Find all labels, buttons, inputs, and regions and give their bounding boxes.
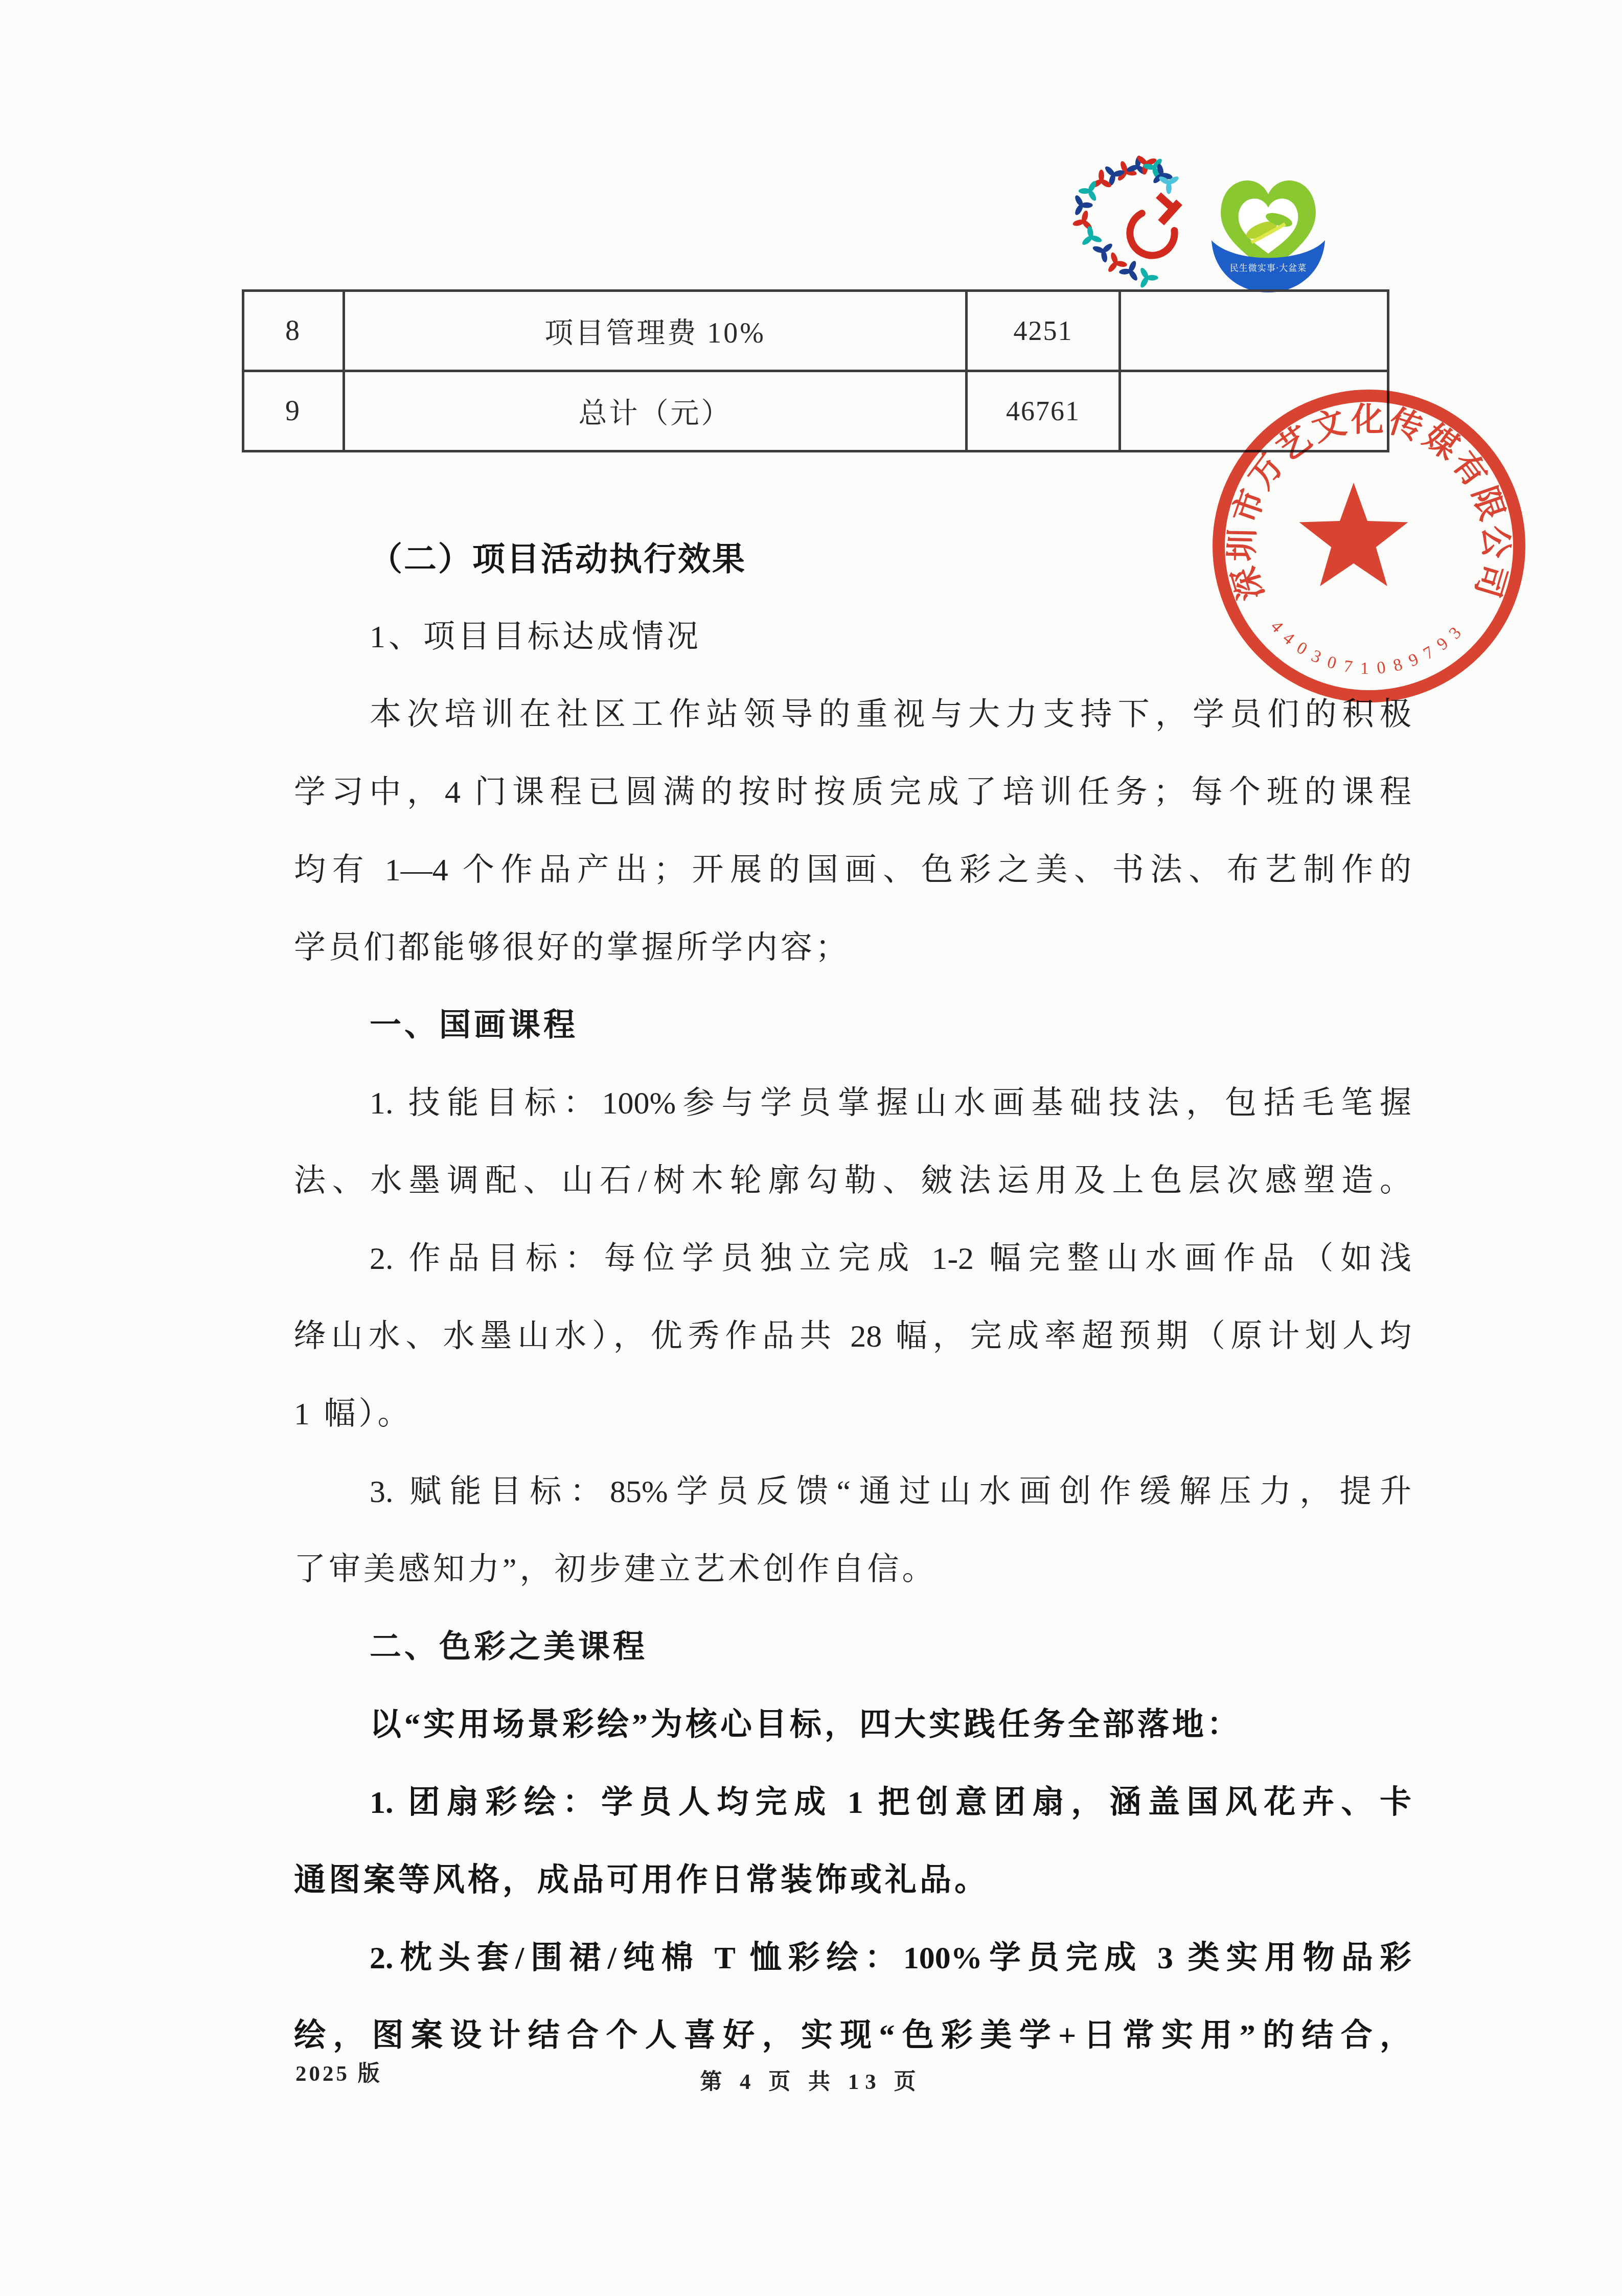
- item-name-cell: 项目管理费 10%: [344, 291, 967, 371]
- body-line: 2.枕头套/围裙/纯棉 T 恤彩绘：100%学员完成 3 类实用物品彩: [294, 1919, 1411, 1997]
- body-line: 以“实用场景彩绘”为核心目标，四大实践任务全部落地：: [294, 1686, 1411, 1764]
- body-line: 绘，图案设计结合个人喜好，实现“色彩美学+日常实用”的结合，: [294, 1997, 1411, 2075]
- item-name-cell: 总计（元）: [344, 371, 967, 451]
- hammer-sickle-icon: [1130, 192, 1182, 255]
- body-line: 2. 作品目标：每位学员独立完成 1-2 幅完整山水画作品（如浅: [294, 1220, 1411, 1298]
- amount-cell: 46761: [967, 371, 1120, 451]
- body-line: 1. 团扇彩绘：学员人均完成 1 把创意团扇，涵盖国风花卉、卡: [294, 1764, 1411, 1842]
- body-line: 法、水墨调配、山石/树木轮廓勾勒、皴法运用及上色层次感塑造。: [294, 1142, 1411, 1220]
- row-number-cell: 9: [243, 371, 344, 451]
- amount-cell: 4251: [967, 291, 1120, 371]
- table-row: 8 项目管理费 10% 4251: [243, 291, 1388, 371]
- footer-page-number: 第 4 页 共 13 页: [0, 2064, 1622, 2096]
- party-heart-logo-icon: [1066, 153, 1198, 301]
- minsheng-dapanci-logo-icon: 民生微实事·大盆菜: [1202, 163, 1334, 300]
- seal-number: 4403071089793: [1267, 617, 1471, 678]
- body-line: 绛山水、水墨山水），优秀作品共 28 幅，完成率超预期（原计划人均: [294, 1298, 1411, 1375]
- note-cell: [1120, 291, 1388, 371]
- body-line: 通图案等风格，成品可用作日常装饰或礼品。: [294, 1842, 1411, 1919]
- body-line: 1 幅）。: [294, 1375, 1411, 1453]
- body-line: 学习中，4 门课程已圆满的按时按质完成了培训任务；每个班的课程: [294, 754, 1411, 831]
- course-heading: 一、国画课程: [294, 987, 1411, 1064]
- body-line: 3. 赋能目标：85%学员反馈“通过山水画创作缓解压力，提升: [294, 1453, 1411, 1531]
- body-line: 1. 技能目标：100%参与学员掌握山水画基础技法，包括毛笔握: [294, 1064, 1411, 1142]
- report-body: （二）项目活动执行效果 1、项目目标达成情况 本次培训在社区工作站领导的重视与大…: [294, 520, 1411, 2075]
- course-heading: 二、色彩之美课程: [294, 1608, 1411, 1686]
- body-line: 均有 1—4 个作品产出；开展的国画、色彩之美、书法、布艺制作的: [294, 831, 1411, 909]
- body-line: 学员们都能够很好的掌握所学内容；: [294, 909, 1411, 987]
- red-star-icon: [1299, 483, 1408, 586]
- row-number-cell: 8: [243, 291, 344, 371]
- bowl-slogan: 民生微实事·大盆菜: [1230, 263, 1307, 273]
- document-page: 民生微实事·大盆菜 8 项目管理费 10% 4251 9 总计（元） 46761…: [0, 0, 1622, 2296]
- svg-text:4403071089793: 4403071089793: [1267, 617, 1471, 678]
- company-seal: 深圳市万艺文化传媒有限公司 4403071089793: [1200, 377, 1538, 715]
- body-line: 了审美感知力”，初步建立艺术创作自信。: [294, 1531, 1411, 1608]
